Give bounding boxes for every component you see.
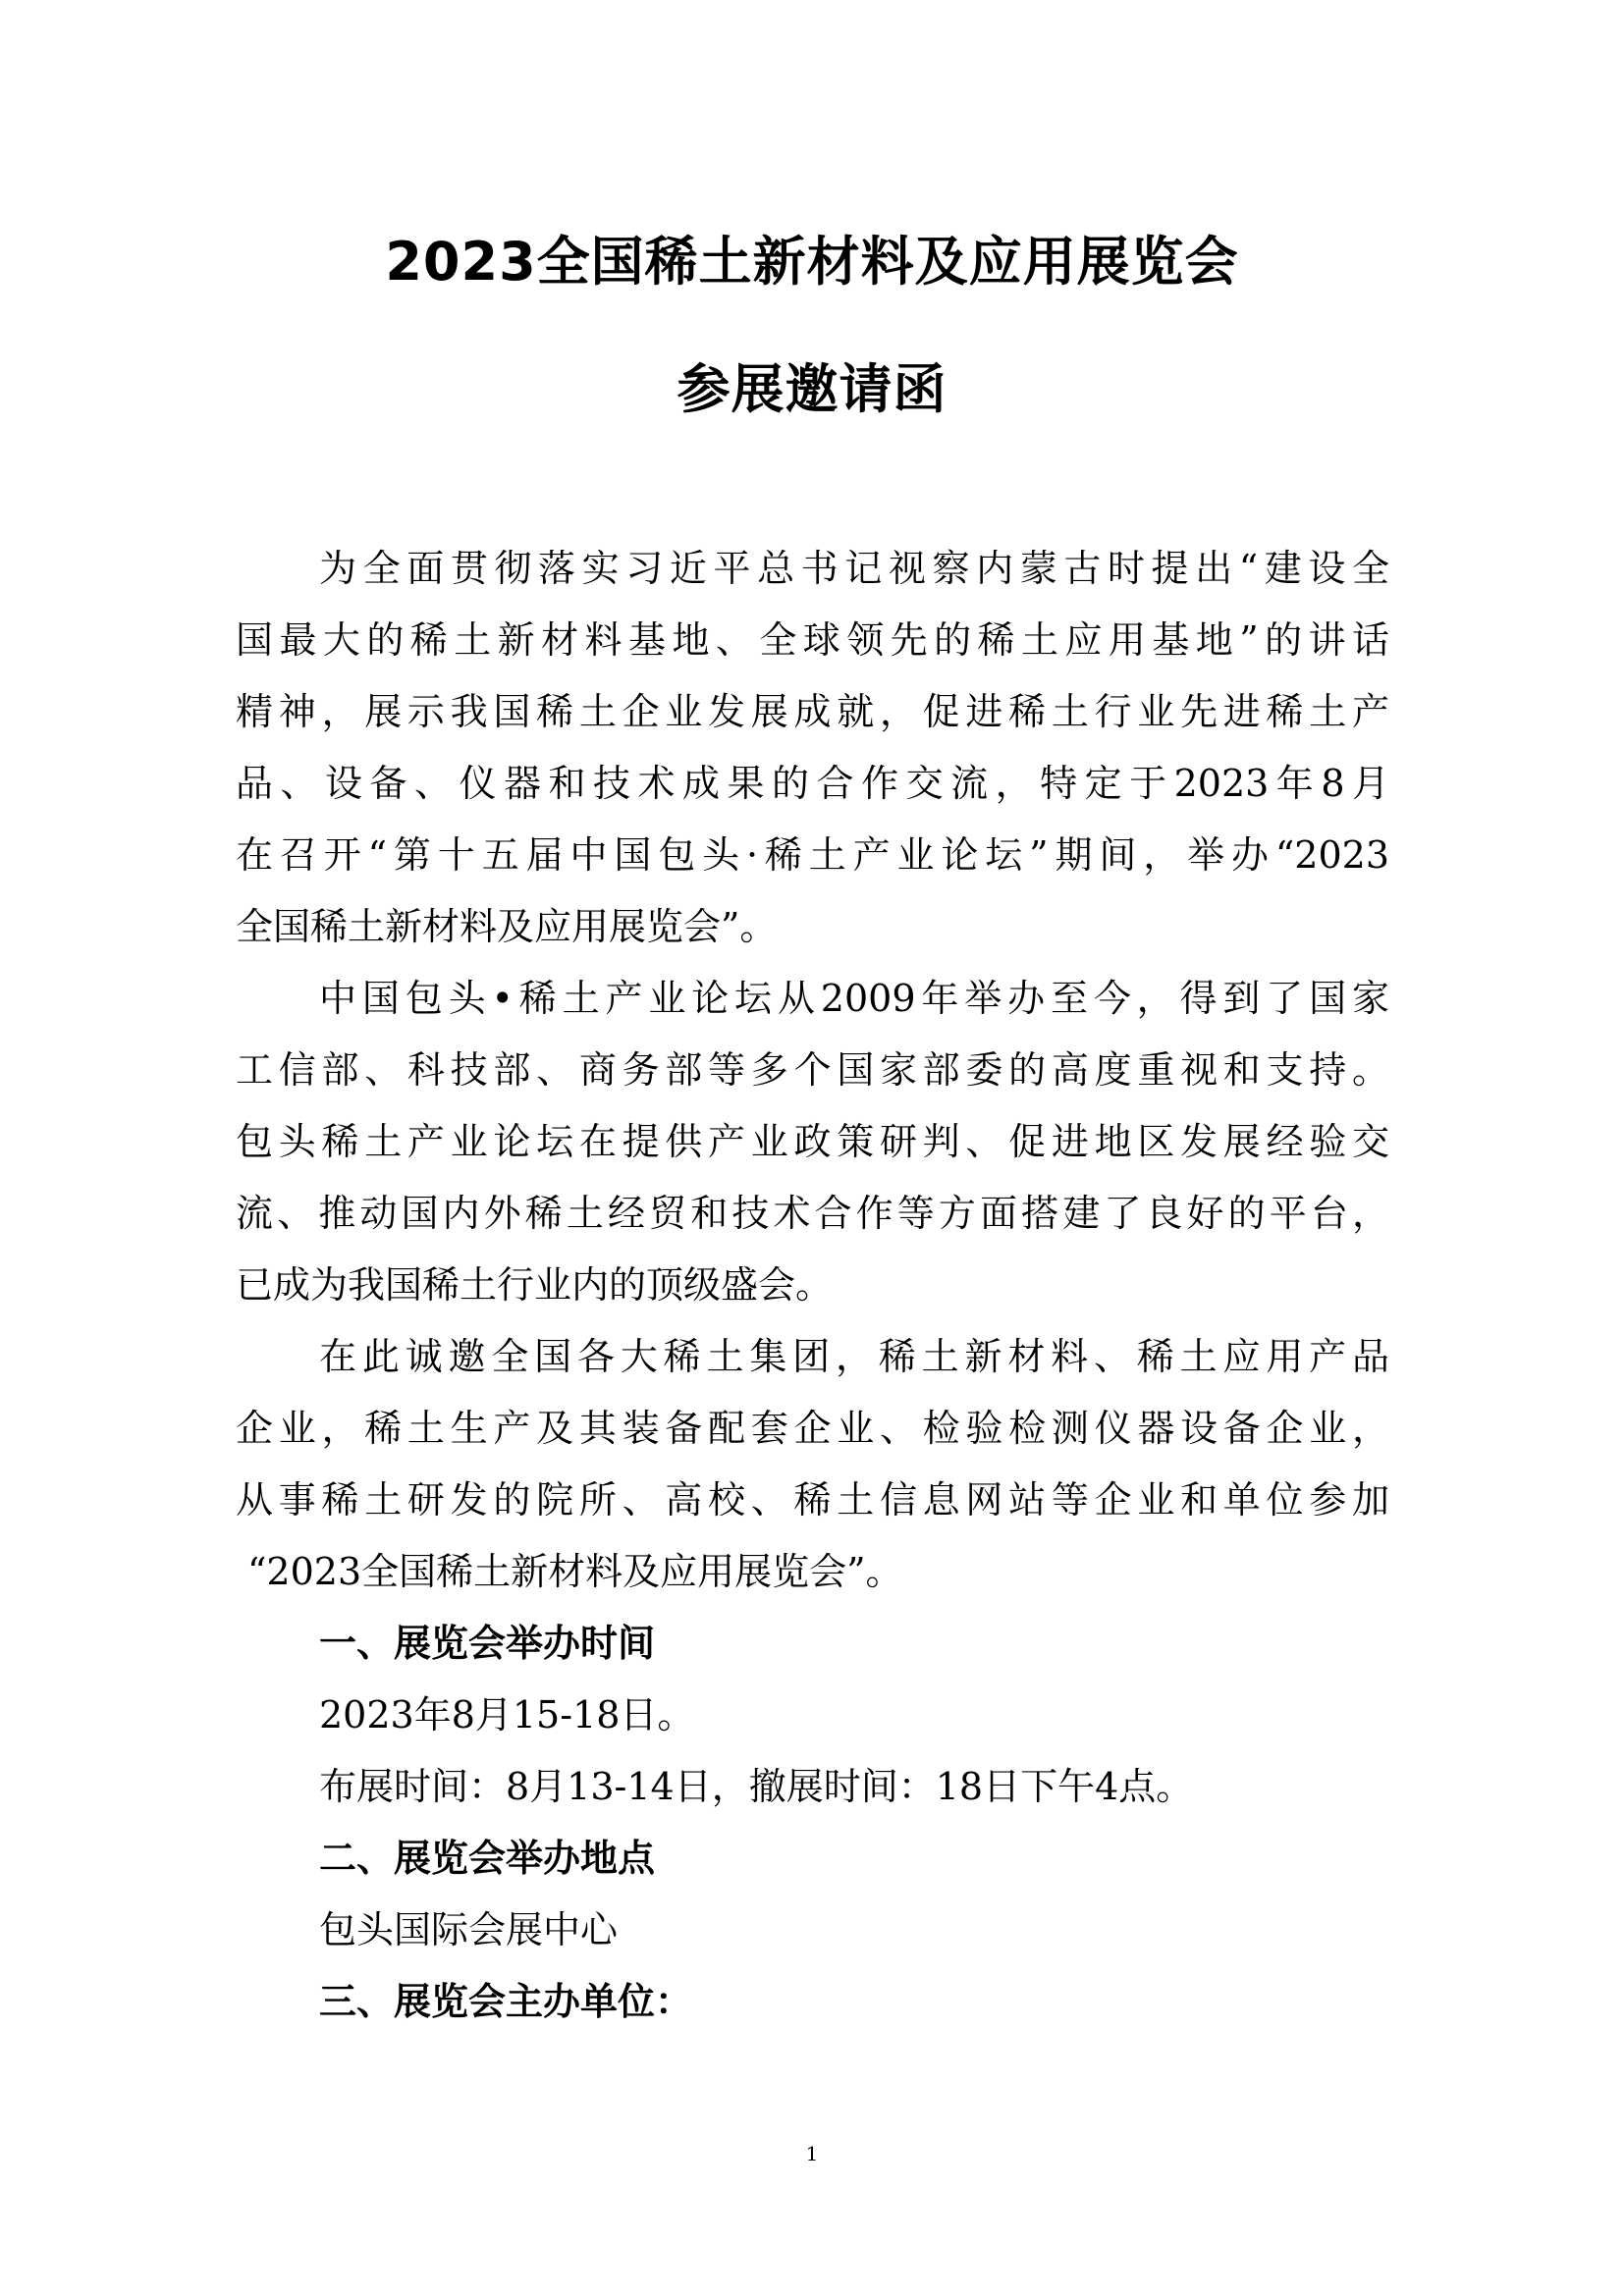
- text-line: “2023全国稀土新材料及应用展览会”。: [247, 1547, 1401, 1596]
- document-subtitle: 参展邀请函: [0, 355, 1624, 424]
- text-line: 包头稀土产业论坛在提供产业政策研判、促进地区发展经验交: [236, 1117, 1389, 1166]
- text-line: 已成为我国稀土行业内的顶级盛会。: [236, 1260, 1389, 1309]
- section-heading: 一、展览会举办时间: [319, 1619, 655, 1668]
- document-title: 2023全国稀土新材料及应用展览会: [0, 228, 1624, 296]
- text-line: 国最大的稀土新材料基地、全球领先的稀土应用基地”的讲话: [236, 615, 1389, 665]
- text-line: 为全面贯彻落实习近平总书记视察内蒙古时提出“建设全: [319, 544, 1389, 593]
- text-line: 流、推动国内外稀土经贸和技术合作等方面搭建了良好的平台，: [236, 1189, 1389, 1238]
- text-line: 企业，稀土生产及其装备配套企业、检验检测仪器设备企业，: [236, 1404, 1389, 1453]
- text-line: 从事稀土研发的院所、高校、稀土信息网站等企业和单位参加: [236, 1475, 1389, 1524]
- text-line: 精神，展示我国稀土企业发展成就，促进稀土行业先进稀土产: [236, 687, 1389, 736]
- text-line: 在此诚邀全国各大稀土集团，稀土新材料、稀土应用产品: [319, 1332, 1389, 1381]
- page-number: 1: [0, 2142, 1624, 2165]
- section-heading: 二、展览会举办地点: [319, 1834, 655, 1883]
- text-line: 工信部、科技部、商务部等多个国家部委的高度重视和支持。: [236, 1045, 1389, 1095]
- text-line: 全国稀土新材料及应用展览会”。: [236, 902, 1389, 951]
- setup-teardown-times: 布展时间：8月13-14日，撤展时间：18日下午4点。: [319, 1762, 1193, 1811]
- text-line: 中国包头•稀土产业论坛从2009年举办至今，得到了国家: [319, 974, 1389, 1023]
- text-line: 品、设备、仪器和技术成果的合作交流，特定于2023年8月: [236, 759, 1389, 808]
- exhibition-dates: 2023年8月15-18日。: [319, 1690, 694, 1739]
- text-line: 在召开“第十五届中国包头·稀土产业论坛”期间，举办“2023: [236, 830, 1389, 880]
- section-heading: 三、展览会主办单位：: [319, 1977, 692, 2026]
- venue-name: 包头国际会展中心: [319, 1905, 618, 1954]
